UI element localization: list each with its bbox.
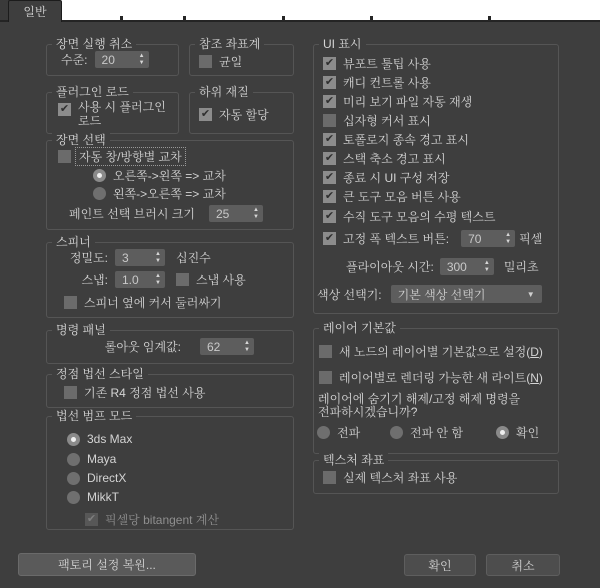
checkbox-label: 큰 도구 모음 버튼 사용 bbox=[343, 188, 461, 205]
spinner-arrows-icon[interactable] bbox=[244, 340, 254, 354]
radio-unselected-icon bbox=[317, 426, 330, 439]
checkbox-real-world-texture-coords[interactable]: 실제 텍스처 좌표 사용 bbox=[323, 469, 457, 486]
radio-mikkt[interactable]: MikkT bbox=[67, 490, 119, 504]
rollout-threshold-spinner[interactable]: 62 bbox=[200, 338, 254, 355]
undo-level-spinner[interactable]: 20 bbox=[95, 51, 149, 68]
checkbox-fixed-width-buttons[interactable]: 고정 폭 텍스트 버튼: bbox=[323, 230, 449, 247]
ok-button[interactable]: 확인 bbox=[404, 554, 476, 576]
spinner-arrows-icon[interactable] bbox=[253, 207, 263, 221]
no-propagate-label: 전파 안 함 bbox=[410, 424, 463, 441]
fixed-width-label: 고정 폭 텍스트 버튼: bbox=[343, 230, 449, 247]
propagate-question-line2: 전파하시겠습니까? bbox=[318, 403, 417, 420]
group-sub-material: 하위 재질 자동 할당 bbox=[189, 92, 294, 134]
fixed-width-value: 70 bbox=[461, 232, 505, 246]
color-picker-label: 색상 선택기: bbox=[317, 286, 382, 303]
checkbox-unchecked-icon bbox=[64, 386, 77, 399]
fixed-width-spinner[interactable]: 70 bbox=[461, 230, 515, 247]
tab-general-label: 일반 bbox=[23, 3, 46, 20]
checkbox-legacy-r4-normals[interactable]: 기존 R4 정점 법선 사용 bbox=[64, 384, 205, 401]
radio-unselected-icon bbox=[67, 491, 80, 504]
checkbox-label: 스택 축소 경고 표시 bbox=[343, 150, 446, 167]
precision-label: 정밀도: bbox=[47, 249, 108, 266]
checkbox-checked-icon bbox=[323, 210, 336, 223]
real-world-texture-coords-label: 실제 텍스처 좌표 사용 bbox=[343, 469, 457, 486]
group-normal-bump-title: 법선 범프 모드 bbox=[52, 409, 136, 423]
wrap-cursor-label: 스피너 옆에 커서 둘러싸기 bbox=[84, 294, 222, 311]
new-nodes-by-layer-label: 새 노드의 레이어별 기본값으로 설정(D) bbox=[339, 343, 543, 360]
auto-window-crossing-label: 자동 창/방향별 교차 bbox=[75, 147, 186, 166]
rollout-threshold-label: 롤아웃 임계값: bbox=[47, 338, 181, 355]
checkbox-unchecked-icon bbox=[58, 150, 71, 163]
spinner-arrows-icon[interactable] bbox=[505, 232, 515, 246]
radio-no-propagate[interactable]: 전파 안 함 bbox=[390, 424, 463, 441]
fixed-width-unit: 픽셀 bbox=[519, 230, 542, 247]
group-sub-material-title: 하위 재질 bbox=[195, 85, 253, 99]
group-ui-display-title: UI 표시 bbox=[319, 37, 366, 51]
group-layer-defaults: 레이어 기본값 새 노드의 레이어별 기본값으로 설정(D) 레이어별로 렌더링… bbox=[313, 328, 559, 454]
checkbox-checked-icon bbox=[323, 76, 336, 89]
group-scene-selection-title: 장면 선택 bbox=[52, 133, 110, 147]
tab-strip-blank bbox=[60, 0, 600, 20]
group-ui-display: UI 표시 뷰포트 툴팁 사용 캐디 컨트롤 사용 미리 보기 파일 자동 재생… bbox=[313, 44, 559, 314]
bitangent-label: 픽셀당 bitangent 계산 bbox=[105, 511, 219, 528]
radio-ask[interactable]: 확인 bbox=[496, 424, 539, 441]
checkbox-use-snap[interactable]: 스냅 사용 bbox=[176, 271, 246, 288]
checkbox-save-ui-on-exit[interactable]: 종료 시 UI 구성 저장 bbox=[323, 169, 449, 186]
decimal-label: 십진수 bbox=[176, 249, 211, 266]
tab-baseline bbox=[60, 20, 600, 22]
group-plugin-load: 플러그인 로드 사용 시 플러그인 로드 bbox=[46, 92, 179, 134]
checkbox-wrap-cursor[interactable]: 스피너 옆에 커서 둘러싸기 bbox=[64, 294, 222, 311]
snap-label: 스냅: bbox=[47, 271, 108, 288]
checkbox-unchecked-icon bbox=[319, 345, 332, 358]
color-picker-value: 기본 색상 선택기 bbox=[398, 286, 486, 303]
checkbox-label: 수직 도구 모음의 수평 텍스트 bbox=[343, 208, 495, 225]
propagate-label: 전파 bbox=[337, 424, 360, 441]
checkbox-autoplay-preview[interactable]: 미리 보기 파일 자동 재생 bbox=[323, 93, 472, 110]
group-spinner: 스피너 정밀도: 3 십진수 스냅: 1.0 스냅 사용 스피너 옆에 커서 둘… bbox=[46, 242, 294, 318]
directx-label: DirectX bbox=[87, 471, 126, 485]
checkbox-horizontal-text-vertical-toolbars[interactable]: 수직 도구 모음의 수평 텍스트 bbox=[323, 208, 495, 225]
checkbox-renderable-new-lights[interactable]: 레이어별로 렌더링 가능한 새 라이트(N) bbox=[319, 369, 543, 386]
checkbox-unchecked-icon bbox=[176, 273, 189, 286]
checkbox-caddy-controls[interactable]: 캐디 컨트롤 사용 bbox=[323, 74, 431, 91]
brush-size-value: 25 bbox=[209, 207, 253, 221]
checkbox-auto-assign[interactable]: 자동 할당 bbox=[199, 106, 269, 123]
maya-label: Maya bbox=[87, 452, 116, 466]
group-texture-coords-title: 텍스처 좌표 bbox=[319, 453, 388, 467]
tab-bar: 일반 bbox=[0, 0, 600, 22]
restore-factory-settings-button[interactable]: 팩토리 설정 복원... bbox=[18, 553, 196, 576]
checkbox-checked-icon bbox=[58, 103, 71, 116]
undo-level-value: 20 bbox=[95, 53, 139, 67]
checkbox-large-toolbar-buttons[interactable]: 큰 도구 모음 버튼 사용 bbox=[323, 188, 461, 205]
checkbox-uniform[interactable]: 균일 bbox=[199, 53, 242, 70]
group-vertex-normal-title: 정점 법선 스타일 bbox=[52, 367, 148, 381]
ok-label: 확인 bbox=[428, 557, 451, 574]
group-plugin-load-title: 플러그인 로드 bbox=[52, 85, 133, 99]
group-command-panel: 명령 패널 롤아웃 임계값: 62 bbox=[46, 330, 294, 364]
group-scene-undo: 장면 실행 취소 수준: 20 bbox=[46, 44, 179, 76]
checkbox-unchecked-icon bbox=[323, 114, 336, 127]
precision-spinner[interactable]: 3 bbox=[115, 249, 165, 266]
tab-divider bbox=[488, 16, 491, 21]
radio-right-to-left[interactable]: 오른쪽->왼쪽 => 교차 bbox=[93, 167, 226, 184]
tab-divider bbox=[183, 16, 186, 21]
group-normal-bump: 법선 범프 모드 3ds Max Maya DirectX MikkT 픽셀당 … bbox=[46, 416, 294, 530]
checkbox-new-nodes-by-layer[interactable]: 새 노드의 레이어별 기본값으로 설정(D) bbox=[319, 343, 543, 360]
brush-size-label: 페인트 선택 브러시 크기 bbox=[69, 205, 195, 222]
group-spinner-title: 스피너 bbox=[52, 235, 95, 249]
cancel-button[interactable]: 취소 bbox=[486, 554, 560, 576]
checkbox-unchecked-icon bbox=[199, 55, 212, 68]
cancel-label: 취소 bbox=[511, 557, 534, 574]
checkbox-label: 캐디 컨트롤 사용 bbox=[343, 74, 431, 91]
checkbox-bitangent-disabled: 픽셀당 bitangent 계산 bbox=[85, 511, 219, 528]
group-ref-coord-title: 참조 좌표계 bbox=[195, 37, 264, 51]
group-texture-coords: 텍스처 좌표 실제 텍스처 좌표 사용 bbox=[313, 460, 559, 494]
checkbox-label: 뷰포트 툴팁 사용 bbox=[343, 55, 431, 72]
group-layer-defaults-title: 레이어 기본값 bbox=[319, 321, 400, 335]
legacy-r4-normals-label: 기존 R4 정점 법선 사용 bbox=[84, 384, 205, 401]
flyout-time-unit: 밀리초 bbox=[504, 258, 539, 275]
spinner-arrows-icon[interactable] bbox=[139, 53, 149, 67]
left-to-right-label: 왼쪽->오른쪽 => 교차 bbox=[113, 185, 226, 202]
radio-propagate[interactable]: 전파 bbox=[317, 424, 360, 441]
checkbox-cross-hair-cursor[interactable]: 십자형 커서 표시 bbox=[323, 112, 431, 129]
checkbox-checked-icon bbox=[199, 108, 212, 121]
checkbox-stack-collapse-warning[interactable]: 스택 축소 경고 표시 bbox=[323, 150, 446, 167]
group-scene-selection: 장면 선택 자동 창/방향별 교차 오른쪽->왼쪽 => 교차 왼쪽->오른쪽 … bbox=[46, 140, 294, 230]
tab-divider bbox=[120, 16, 123, 21]
spinner-arrows-icon[interactable] bbox=[155, 273, 165, 287]
snap-value: 1.0 bbox=[115, 273, 155, 287]
restore-factory-settings-label: 팩토리 설정 복원... bbox=[58, 556, 156, 573]
flyout-time-spinner[interactable]: 300 bbox=[440, 258, 494, 275]
radio-selected-icon bbox=[93, 169, 106, 182]
checkbox-unchecked-icon bbox=[64, 296, 77, 309]
group-command-panel-title: 명령 패널 bbox=[52, 323, 110, 337]
checkbox-unchecked-icon bbox=[323, 471, 336, 484]
radio-selected-icon bbox=[496, 426, 509, 439]
color-picker-dropdown[interactable]: 기본 색상 선택기 bbox=[391, 285, 542, 303]
checkbox-unchecked-icon bbox=[319, 371, 332, 384]
renderable-new-lights-label: 레이어별로 렌더링 가능한 새 라이트(N) bbox=[339, 369, 543, 386]
radio-unselected-icon bbox=[390, 426, 403, 439]
radio-selected-icon bbox=[67, 433, 80, 446]
group-ref-coord: 참조 좌표계 균일 bbox=[189, 44, 294, 76]
radio-unselected-icon bbox=[93, 187, 106, 200]
snap-spinner[interactable]: 1.0 bbox=[115, 271, 165, 288]
group-scene-undo-title: 장면 실행 취소 bbox=[52, 37, 136, 51]
rollout-threshold-value: 62 bbox=[200, 340, 244, 354]
right-to-left-label: 오른쪽->왼쪽 => 교차 bbox=[113, 167, 226, 184]
checkbox-checked-icon bbox=[323, 171, 336, 184]
checkbox-checked-icon bbox=[323, 95, 336, 108]
tab-baseline bbox=[0, 20, 8, 22]
checkbox-checked-icon bbox=[323, 232, 336, 245]
auto-assign-label: 자동 할당 bbox=[219, 106, 269, 123]
checkbox-checked-icon bbox=[323, 57, 336, 70]
flyout-time-label: 플라이아웃 시간: bbox=[346, 258, 434, 275]
checkbox-viewport-tooltips[interactable]: 뷰포트 툴팁 사용 bbox=[323, 55, 431, 72]
undo-level-label: 수준: bbox=[61, 51, 88, 68]
radio-unselected-icon bbox=[67, 472, 80, 485]
radio-left-to-right[interactable]: 왼쪽->오른쪽 => 교차 bbox=[93, 185, 226, 202]
tab-divider bbox=[282, 16, 285, 21]
checkbox-checked-icon bbox=[323, 133, 336, 146]
use-snap-label: 스냅 사용 bbox=[196, 271, 246, 288]
checkbox-topology-warning[interactable]: 토폴로지 종속 경고 표시 bbox=[323, 131, 469, 148]
brush-size-spinner[interactable]: 25 bbox=[209, 205, 263, 222]
checkbox-auto-window-crossing[interactable]: 자동 창/방향별 교차 bbox=[58, 147, 186, 166]
flyout-time-value: 300 bbox=[440, 260, 484, 274]
checkbox-checked-icon bbox=[323, 190, 336, 203]
checkbox-label: 십자형 커서 표시 bbox=[343, 112, 431, 129]
checkbox-label: 토폴로지 종속 경고 표시 bbox=[343, 131, 469, 148]
group-vertex-normal: 정점 법선 스타일 기존 R4 정점 법선 사용 bbox=[46, 374, 294, 408]
spinner-arrows-icon[interactable] bbox=[155, 251, 165, 265]
radio-3ds-max[interactable]: 3ds Max bbox=[67, 432, 132, 446]
spinner-arrows-icon[interactable] bbox=[484, 260, 494, 274]
chevron-down-icon bbox=[527, 290, 535, 299]
checkbox-checked-icon bbox=[323, 152, 336, 165]
tab-general[interactable]: 일반 bbox=[8, 0, 62, 22]
checkbox-label: 종료 시 UI 구성 저장 bbox=[343, 169, 449, 186]
checkbox-checked-disabled-icon bbox=[85, 513, 98, 526]
load-on-use-label: 사용 시 플러그인 로드 bbox=[78, 100, 170, 129]
checkbox-load-on-use[interactable]: 사용 시 플러그인 로드 bbox=[58, 100, 170, 129]
tab-divider bbox=[370, 16, 373, 21]
radio-directx[interactable]: DirectX bbox=[67, 471, 126, 485]
radio-maya[interactable]: Maya bbox=[67, 452, 116, 466]
3ds-max-label: 3ds Max bbox=[87, 432, 132, 446]
mikkt-label: MikkT bbox=[87, 490, 119, 504]
uniform-label: 균일 bbox=[219, 53, 242, 70]
precision-value: 3 bbox=[115, 251, 155, 265]
ask-label: 확인 bbox=[516, 424, 539, 441]
checkbox-label: 미리 보기 파일 자동 재생 bbox=[343, 93, 472, 110]
radio-unselected-icon bbox=[67, 453, 80, 466]
